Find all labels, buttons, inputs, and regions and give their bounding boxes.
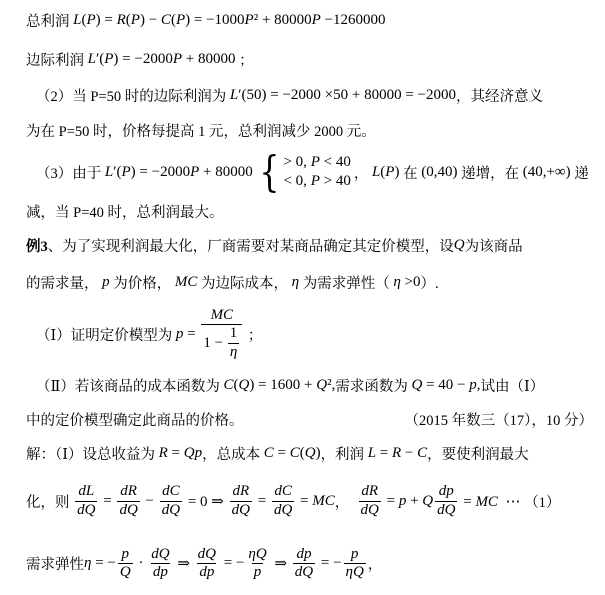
fraction-numerator: dp	[437, 483, 456, 500]
math-run: dp	[296, 546, 311, 563]
math-run: dL	[78, 483, 94, 500]
fraction: dpdQ	[435, 483, 457, 519]
fraction-denominator: dQ	[435, 501, 457, 519]
fraction-numerator: dR	[359, 483, 380, 500]
math-run: η = −	[84, 555, 116, 572]
math-run: p	[351, 546, 359, 563]
fraction: ηQp	[246, 546, 268, 582]
fraction-numerator: ηQ	[246, 546, 268, 563]
document-line: （3）由于 L′(P) = −2000P + 80000{> 0, P < 40…	[26, 148, 597, 196]
text-run: ，要使利润最大	[427, 443, 529, 464]
math-run: L′(P) = −2000P + 80000	[88, 51, 236, 68]
fraction-denominator: dp	[197, 563, 216, 581]
cases-rows: > 0, P < 40< 0, P > 40	[283, 153, 350, 192]
fraction-denominator: 1 − 1η	[201, 324, 242, 361]
math-run: = MC ⋯	[459, 492, 524, 511]
math-run: p	[254, 564, 262, 581]
fraction: dCdQ	[160, 483, 182, 519]
fraction: dLdQ	[75, 483, 97, 519]
math-run: dQ	[151, 546, 169, 563]
fraction-denominator: dQ	[272, 501, 294, 519]
math-run: dQ	[232, 502, 250, 519]
math-run: dR	[232, 483, 249, 500]
math-run: =	[99, 493, 115, 510]
math-run: Q	[454, 237, 465, 254]
document-line: 例3、为了实现利润最大化，厂商需要对某商品确定其定价模型，设Q为该商品	[26, 226, 597, 264]
text-run: （1）	[524, 491, 560, 512]
fraction-denominator: dQ	[293, 563, 315, 581]
fraction-denominator: dQ	[117, 501, 139, 519]
text-run: ，总成本	[202, 443, 264, 464]
fraction-denominator: Q	[118, 563, 133, 581]
math-run: ηQ	[346, 564, 364, 581]
cases-expression: {> 0, P < 40< 0, P > 40	[256, 153, 351, 192]
document-line: 中的定价模型确定此商品的价格。（2015 年数三（17），10 分）	[26, 402, 597, 436]
document-line: （2）当 P=50 时的边际利润为 L′(50) = −2000 ×50 + 8…	[26, 78, 597, 112]
text-run: 为价格，	[110, 272, 175, 293]
math-run: dQ	[198, 546, 216, 563]
math-run: dC	[162, 483, 180, 500]
fraction-numerator: dp	[294, 546, 313, 563]
text-run: （Ⅰ）证明定价模型为	[36, 324, 176, 345]
math-run: dQ	[361, 502, 379, 519]
math-run: L(P)	[372, 164, 400, 181]
fraction-denominator: p	[252, 563, 264, 581]
math-run: η	[230, 344, 237, 361]
math-run: ·	[135, 555, 148, 572]
math-run: (0,40)	[421, 164, 457, 181]
fraction-numerator: dL	[76, 483, 96, 500]
text-run: （Ⅱ）若该商品的成本函数为	[36, 375, 223, 396]
fraction-numerator: MC	[209, 307, 236, 324]
fraction-denominator: ηQ	[344, 563, 366, 581]
fraction: pQ	[118, 546, 133, 582]
math-run: dR	[120, 483, 137, 500]
text-run: 为边际成本，	[197, 272, 291, 293]
document-line: 边际利润 L′(P) = −2000P + 80000 ；	[26, 40, 597, 78]
fraction-denominator: dQ	[160, 501, 182, 519]
text-run: ，利润	[321, 443, 368, 464]
fraction-denominator: dp	[151, 563, 170, 581]
fraction-numerator: dQ	[196, 546, 218, 563]
fraction-numerator: dC	[272, 483, 294, 500]
text-run: ；	[235, 49, 253, 70]
math-run: MC	[175, 274, 198, 291]
text-run: （2015 年数三（17），10 分）	[405, 409, 594, 430]
fraction: MC1 − 1η	[201, 307, 242, 361]
document-line: 减，当 P=40 时，总利润最大。	[26, 196, 597, 226]
fraction: pηQ	[344, 546, 366, 582]
text-run: （3）由于	[36, 162, 105, 183]
left-brace-icon: {	[259, 153, 279, 191]
math-run: p	[102, 274, 110, 291]
text-run: 减，当 P=40 时，总利润最大。	[26, 201, 224, 222]
math-run: dQ	[437, 502, 455, 519]
math-run: ηQ	[248, 546, 266, 563]
fraction: dRdQ	[359, 483, 381, 519]
text-run: （2）当 P=50 时的边际利润为	[36, 85, 230, 106]
text-run: 为需求弹性（	[299, 272, 393, 293]
math-run: η >0	[393, 274, 420, 291]
math-run: = MC	[296, 493, 334, 510]
text-run: 化，则	[26, 491, 73, 512]
fraction-denominator: dQ	[75, 501, 97, 519]
document-line: 化，则 dLdQ = dRdQ − dCdQ = 0 ⇒ dRdQ = dCdQ…	[26, 470, 597, 532]
math-run: dp	[439, 483, 454, 500]
fraction: dCdQ	[272, 483, 294, 519]
fraction-numerator: p	[120, 546, 132, 563]
document-line: 解：（Ⅰ）设总收益为 R = Qp，总成本 C = C(Q)，利润 L = R …	[26, 436, 597, 470]
math-run: = p + Q	[383, 493, 433, 510]
math-run: C = C(Q)	[264, 445, 321, 462]
document-line: 为在 P=50 时，价格每提高 1 元，总利润减少 2000 元。	[26, 112, 597, 148]
math-run: ⇒	[271, 554, 291, 573]
fraction-numerator: dC	[160, 483, 182, 500]
text-run: 需求函数为	[335, 375, 411, 396]
bold-text-run: 例3	[26, 235, 48, 256]
fraction: dRdQ	[117, 483, 139, 519]
math-run: dp	[199, 564, 214, 581]
text-run: 试由（Ⅰ）	[481, 375, 545, 396]
document-line: 总利润 L(P) = R(P) − C(P) = −1000P² + 80000…	[26, 0, 597, 40]
math-run: L′(P) = −2000P + 80000	[105, 164, 253, 181]
text-run: 、为了实现利润最大化，厂商需要对某商品确定其定价模型，设	[48, 235, 454, 256]
text-run: 的需求量，	[26, 272, 102, 293]
document-page: 总利润 L(P) = R(P) − C(P) = −1000P² + 80000…	[0, 0, 605, 595]
math-run: p =	[176, 326, 199, 343]
fraction: dRdQ	[230, 483, 252, 519]
text-run: 边际利润	[26, 49, 88, 70]
math-run: L′(50) = −2000 ×50 + 80000 = −2000	[230, 87, 456, 104]
math-run: dQ	[274, 502, 292, 519]
document-line: （Ⅰ）证明定价模型为 p = MC1 − 1η ；	[26, 300, 597, 368]
text-run: 在	[399, 162, 421, 183]
math-run: =	[254, 493, 270, 510]
math-run: dQ	[77, 502, 95, 519]
fraction-numerator: dQ	[149, 546, 171, 563]
math-run: L = R − C	[368, 445, 427, 462]
text-run: 需求弹性	[26, 553, 84, 574]
text-run: ）.	[421, 272, 439, 293]
text-run: ，	[368, 553, 383, 574]
math-run: MC	[211, 307, 234, 324]
fraction: dQdp	[149, 546, 171, 582]
math-run: η	[292, 274, 299, 291]
math-run: dQ	[295, 564, 313, 581]
math-run: dR	[361, 483, 378, 500]
fraction-numerator: 1	[228, 325, 240, 342]
text-run: 中的定价模型确定此商品的价格。	[26, 409, 244, 430]
text-run: ，其经济意义	[456, 85, 543, 106]
document-line: （Ⅱ）若该商品的成本函数为 C(Q) = 1600 + Q²,需求函数为 Q =…	[26, 368, 597, 402]
math-run: dQ	[119, 502, 137, 519]
fraction: dpdQ	[293, 546, 315, 582]
math-run: dp	[153, 564, 168, 581]
math-run: R = Qp	[159, 445, 202, 462]
math-run: −	[142, 493, 158, 510]
text-run: 解：（Ⅰ）设总收益为	[26, 443, 159, 464]
text-run: 总利润	[26, 10, 73, 31]
document-line: 的需求量， p 为价格， MC 为边际成本， η 为需求弹性（ η >0）.	[26, 264, 597, 300]
math-run: 1 −	[203, 335, 226, 352]
fraction-denominator: dQ	[359, 501, 381, 519]
math-run: ⇒	[174, 554, 194, 573]
fraction-denominator: η	[228, 343, 239, 361]
math-run: = −	[317, 555, 341, 572]
fraction-denominator: dQ	[230, 501, 252, 519]
math-run: = −	[220, 555, 244, 572]
document-line: 需求弹性η = −pQ · dQdp ⇒ dQdp = −ηQp ⇒ dpdQ …	[26, 532, 597, 595]
text-run: 递增，在	[457, 162, 522, 183]
text-run: ，	[354, 162, 372, 183]
fraction: dQdp	[196, 546, 218, 582]
text-run: 为在 P=50 时，价格每提高 1 元，总利润减少 2000 元。	[26, 120, 376, 141]
math-run: 1	[230, 325, 238, 342]
math-run: Q = 40 − p,	[411, 377, 480, 394]
math-run: p	[122, 546, 130, 563]
math-run: = 0 ⇒	[184, 492, 228, 511]
math-run: L(P) = R(P) − C(P) = −1000P² + 80000P −1…	[73, 12, 385, 29]
text-run: 递	[571, 162, 589, 183]
math-run: dQ	[162, 502, 180, 519]
fraction: 1η	[228, 325, 240, 361]
math-run: dC	[274, 483, 292, 500]
fraction-numerator: p	[349, 546, 361, 563]
fraction-numerator: dR	[118, 483, 139, 500]
cases-row: < 0, P > 40	[283, 172, 350, 192]
math-run: Q	[120, 564, 131, 581]
text-run: ；	[244, 324, 262, 345]
math-run: (40,+∞)	[523, 164, 571, 181]
text-run: 为该商品	[465, 235, 523, 256]
math-run: C(Q) = 1600 + Q²,	[223, 377, 335, 394]
cases-row: > 0, P < 40	[283, 153, 350, 173]
fraction-numerator: dR	[230, 483, 251, 500]
text-run: ，	[335, 491, 357, 512]
